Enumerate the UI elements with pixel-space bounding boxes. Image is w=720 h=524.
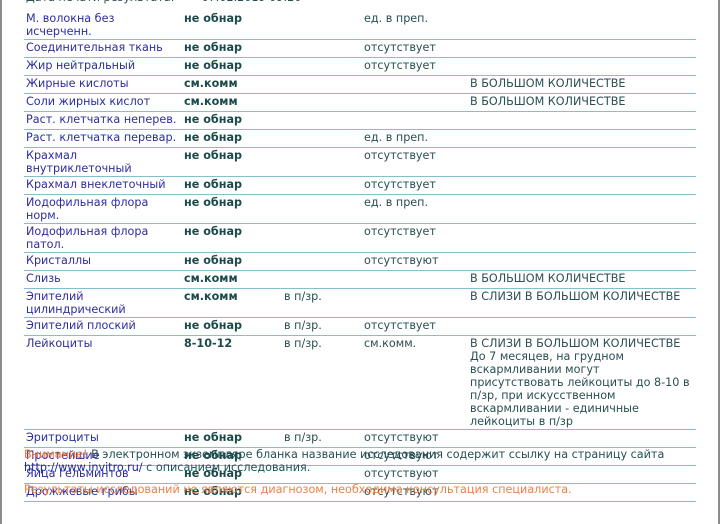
result-reference: отсутствуют bbox=[362, 430, 468, 448]
result-reference: отсутствует bbox=[362, 40, 468, 58]
result-name[interactable]: Слизь bbox=[24, 271, 182, 289]
result-unit: в п/зр. bbox=[282, 430, 362, 448]
result-value: не обнар bbox=[182, 58, 282, 76]
result-comment: В СЛИЗИ В БОЛЬШОМ КОЛИЧЕСТВЕ bbox=[468, 289, 696, 318]
result-reference bbox=[362, 94, 468, 112]
result-value: не обнар bbox=[182, 112, 282, 130]
result-comment bbox=[468, 58, 696, 76]
table-row: Слизьсм.коммВ БОЛЬШОМ КОЛИЧЕСТВЕ bbox=[24, 271, 696, 289]
notice-text-end: с описанием исследования. bbox=[143, 461, 311, 474]
result-unit bbox=[282, 94, 362, 112]
result-unit bbox=[282, 195, 362, 224]
result-name[interactable]: Иодофильная флора норм. bbox=[24, 195, 182, 224]
table-row: Раст. клетчатка неперев.не обнар bbox=[24, 112, 696, 130]
result-comment bbox=[468, 318, 696, 336]
result-unit bbox=[282, 271, 362, 289]
table-row: М. волокна без исчерченн.не обнаред. в п… bbox=[24, 11, 696, 40]
print-date-value: 07.02.2019 09:20 bbox=[202, 0, 302, 4]
result-name[interactable]: Раст. клетчатка неперев. bbox=[24, 112, 182, 130]
result-comment bbox=[468, 130, 696, 148]
result-unit bbox=[282, 76, 362, 94]
result-name[interactable]: Раст. клетчатка перевар. bbox=[24, 130, 182, 148]
result-value: см.комм bbox=[182, 94, 282, 112]
result-reference: см.комм. bbox=[362, 336, 468, 430]
result-value: не обнар bbox=[182, 430, 282, 448]
result-value: см.комм bbox=[182, 271, 282, 289]
result-name[interactable]: Соли жирных кислот bbox=[24, 94, 182, 112]
page-border-left bbox=[0, 0, 2, 524]
result-comment: В СЛИЗИ В БОЛЬШОМ КОЛИЧЕСТВЕДо 7 месяцев… bbox=[468, 336, 696, 430]
result-name[interactable]: Жир нейтральный bbox=[24, 58, 182, 76]
result-value: не обнар bbox=[182, 318, 282, 336]
table-row: Соли жирных кислотсм.коммВ БОЛЬШОМ КОЛИЧ… bbox=[24, 94, 696, 112]
table-row: Кристаллыне обнаротсутствуют bbox=[24, 253, 696, 271]
result-comment bbox=[468, 11, 696, 40]
result-comment bbox=[468, 253, 696, 271]
result-value: не обнар bbox=[182, 11, 282, 40]
result-name[interactable]: Эритроциты bbox=[24, 430, 182, 448]
result-unit bbox=[282, 40, 362, 58]
result-unit bbox=[282, 148, 362, 177]
result-reference: ед. в преп. bbox=[362, 130, 468, 148]
print-date-label: Дата печати результата: bbox=[26, 0, 198, 4]
result-reference: отсутствует bbox=[362, 148, 468, 177]
result-unit bbox=[282, 253, 362, 271]
result-comment bbox=[468, 177, 696, 195]
result-value: не обнар bbox=[182, 253, 282, 271]
table-row: Эпителий цилиндрическийсм.коммв п/зр.В С… bbox=[24, 289, 696, 318]
result-name[interactable]: Кристаллы bbox=[24, 253, 182, 271]
results-table-body: М. волокна без исчерченн.не обнаред. в п… bbox=[24, 11, 696, 502]
disclaimer: Результаты исследований не являются диаг… bbox=[24, 483, 572, 496]
result-reference bbox=[362, 289, 468, 318]
table-row: Лейкоциты8-10-12в п/зр.см.комм.В СЛИЗИ В… bbox=[24, 336, 696, 430]
result-value: не обнар bbox=[182, 130, 282, 148]
result-value: см.комм bbox=[182, 289, 282, 318]
result-reference: отсутствует bbox=[362, 58, 468, 76]
result-value: не обнар bbox=[182, 195, 282, 224]
result-name[interactable]: Соединительная ткань bbox=[24, 40, 182, 58]
result-unit bbox=[282, 11, 362, 40]
result-unit: в п/зр. bbox=[282, 318, 362, 336]
result-value: 8-10-12 bbox=[182, 336, 282, 430]
result-comment bbox=[468, 148, 696, 177]
notice-text: В электронном экземпляре бланка название… bbox=[88, 448, 665, 461]
result-comment bbox=[468, 195, 696, 224]
invitro-link[interactable]: http://www.invitro.ru/ bbox=[24, 461, 143, 474]
result-unit: в п/зр. bbox=[282, 336, 362, 430]
table-row: Раст. клетчатка перевар.не обнаред. в пр… bbox=[24, 130, 696, 148]
result-comment bbox=[468, 224, 696, 253]
result-unit bbox=[282, 112, 362, 130]
result-name[interactable]: Жирные кислоты bbox=[24, 76, 182, 94]
result-comment bbox=[468, 430, 696, 448]
table-row: Иодофильная флора патол.не обнаротсутств… bbox=[24, 224, 696, 253]
table-row: Жирные кислотысм.коммВ БОЛЬШОМ КОЛИЧЕСТВ… bbox=[24, 76, 696, 94]
result-reference: отсутствует bbox=[362, 318, 468, 336]
result-reference bbox=[362, 271, 468, 289]
table-row: Крахмал внутриклеточныйне обнаротсутству… bbox=[24, 148, 696, 177]
results-table: М. волокна без исчерченн.не обнаред. в п… bbox=[24, 11, 696, 502]
result-reference: отсутствуют bbox=[362, 253, 468, 271]
table-row: Эритроцитыне обнарв п/зр.отсутствуют bbox=[24, 430, 696, 448]
result-reference: отсутствует bbox=[362, 224, 468, 253]
result-reference: ед. в преп. bbox=[362, 195, 468, 224]
result-value: не обнар bbox=[182, 177, 282, 195]
table-row: Жир нейтральныйне обнаротсутствует bbox=[24, 58, 696, 76]
result-comment bbox=[468, 112, 696, 130]
result-name[interactable]: Эпителий плоский bbox=[24, 318, 182, 336]
result-comment: В БОЛЬШОМ КОЛИЧЕСТВЕ bbox=[468, 271, 696, 289]
print-date-line: Дата печати результата: 07.02.2019 09:20 bbox=[26, 0, 301, 5]
result-name[interactable]: Иодофильная флора патол. bbox=[24, 224, 182, 253]
result-name[interactable]: М. волокна без исчерченн. bbox=[24, 11, 182, 40]
table-row: Иодофильная флора норм.не обнаред. в пре… bbox=[24, 195, 696, 224]
table-row: Крахмал внеклеточныйне обнаротсутствует bbox=[24, 177, 696, 195]
result-unit bbox=[282, 224, 362, 253]
result-comment: В БОЛЬШОМ КОЛИЧЕСТВЕ bbox=[468, 94, 696, 112]
result-unit bbox=[282, 177, 362, 195]
result-value: не обнар bbox=[182, 40, 282, 58]
table-row: Соединительная тканьне обнаротсутствует bbox=[24, 40, 696, 58]
result-reference: ед. в преп. bbox=[362, 11, 468, 40]
result-comment: В БОЛЬШОМ КОЛИЧЕСТВЕ bbox=[468, 76, 696, 94]
result-value: не обнар bbox=[182, 224, 282, 253]
result-unit bbox=[282, 130, 362, 148]
result-unit: в п/зр. bbox=[282, 289, 362, 318]
result-name[interactable]: Крахмал внеклеточный bbox=[24, 177, 182, 195]
result-reference bbox=[362, 76, 468, 94]
result-name[interactable]: Эпителий цилиндрический bbox=[24, 289, 182, 318]
result-name[interactable]: Крахмал внутриклеточный bbox=[24, 148, 182, 177]
result-name[interactable]: Лейкоциты bbox=[24, 336, 182, 430]
result-unit bbox=[282, 58, 362, 76]
result-value: см.комм bbox=[182, 76, 282, 94]
table-row: Эпителий плоскийне обнарв п/зр.отсутству… bbox=[24, 318, 696, 336]
notice-attention: Внимание! bbox=[24, 448, 88, 461]
result-comment bbox=[468, 40, 696, 58]
result-reference: отсутствует bbox=[362, 177, 468, 195]
notice: Внимание! В электронном экземпляре бланк… bbox=[24, 448, 704, 474]
result-value: не обнар bbox=[182, 148, 282, 177]
result-reference bbox=[362, 112, 468, 130]
